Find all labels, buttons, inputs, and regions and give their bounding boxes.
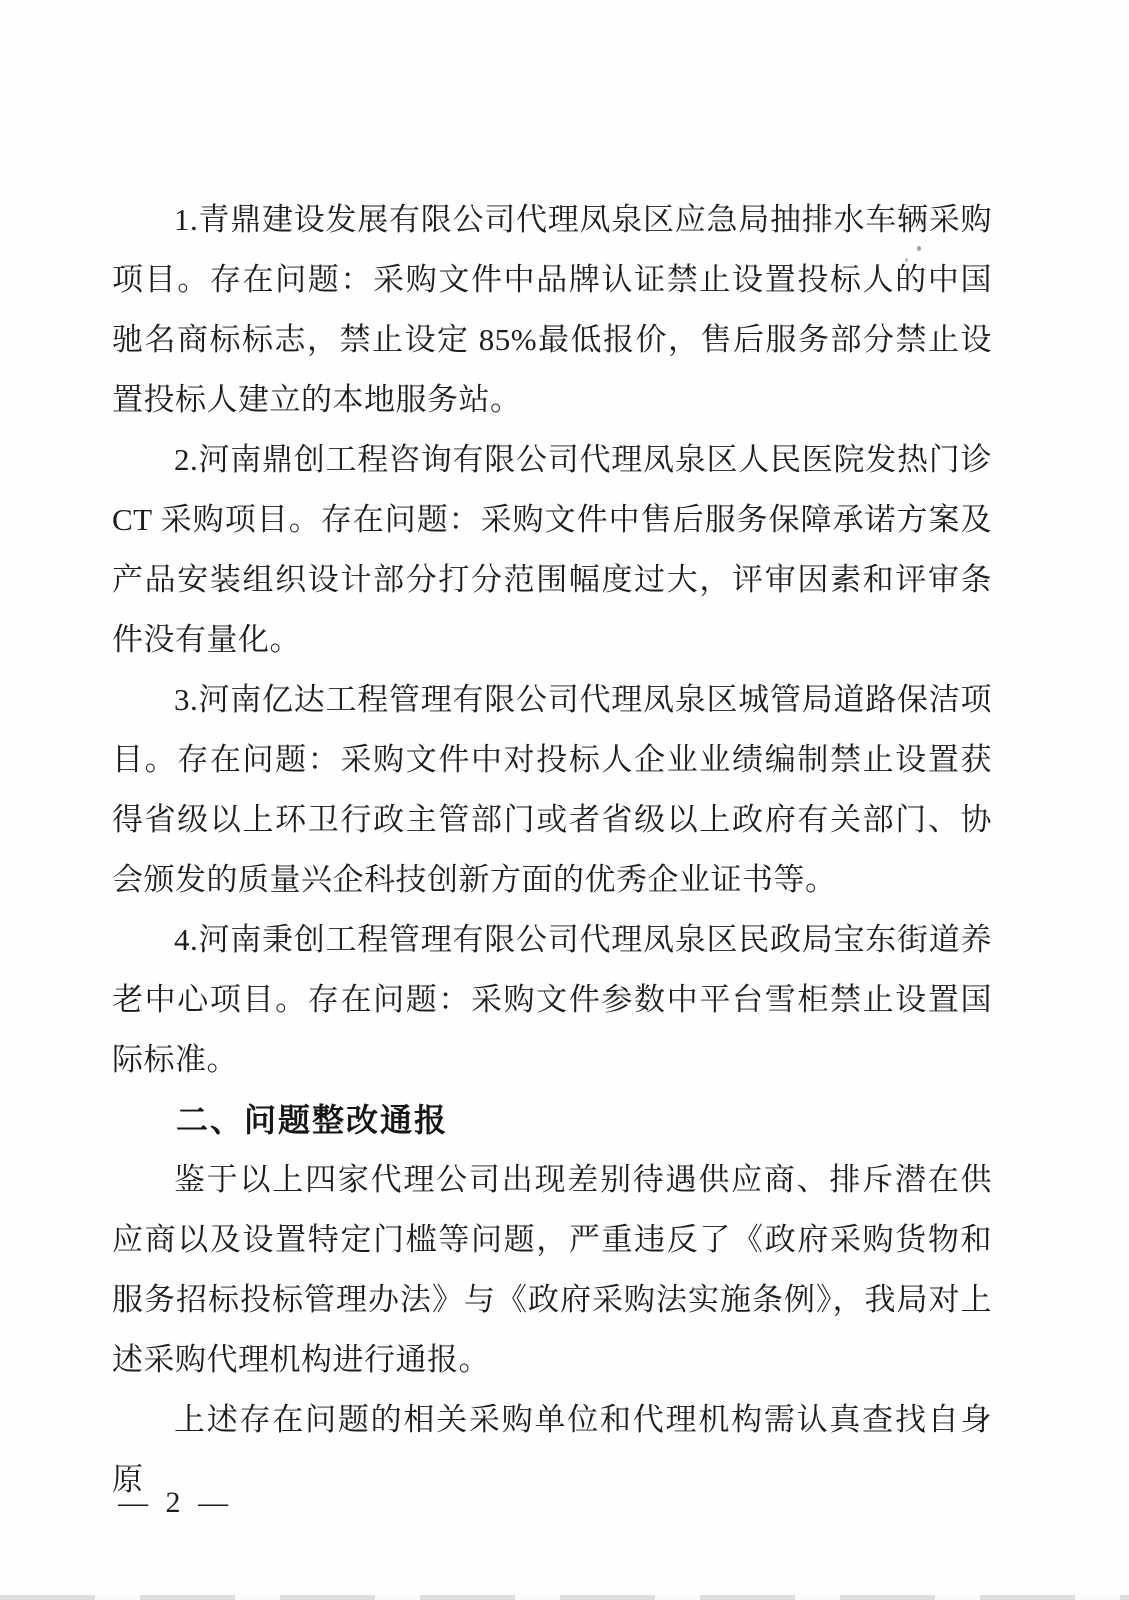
scan-speck-artifact: [905, 258, 908, 262]
section-heading-rectification-report: 二、问题整改通报: [112, 1090, 992, 1150]
scan-edge-artifact: [0, 1595, 1129, 1600]
paragraph-issue-4: 4.河南秉创工程管理有限公司代理凤泉区民政局宝东街道养老中心项目。存在问题：采购…: [112, 910, 992, 1090]
document-text-block: 1.青鼎建设发展有限公司代理凤泉区应急局抽排水车辆采购项目。存在问题：采购文件中…: [112, 190, 992, 1510]
page-number: — 2 —: [118, 1486, 233, 1520]
scan-speck-artifact: [917, 246, 921, 251]
paragraph-issue-3: 3.河南亿达工程管理有限公司代理凤泉区城管局道路保洁项目。存在问题：采购文件中对…: [112, 670, 992, 910]
paragraph-continued-text: 上述存在问题的相关采购单位和代理机构需认真查找自身原: [112, 1390, 992, 1510]
paragraph-issue-1: 1.青鼎建设发展有限公司代理凤泉区应急局抽排水车辆采购项目。存在问题：采购文件中…: [112, 190, 992, 430]
scanned-document-page: 1.青鼎建设发展有限公司代理凤泉区应急局抽排水车辆采购项目。存在问题：采购文件中…: [0, 0, 1129, 1600]
paragraph-rectification-summary: 鉴于以上四家代理公司出现差别待遇供应商、排斥潜在供应商以及设置特定门槛等问题，严…: [112, 1150, 992, 1390]
paragraph-issue-2: 2.河南鼎创工程咨询有限公司代理凤泉区人民医院发热门诊 CT 采购项目。存在问题…: [112, 430, 992, 670]
